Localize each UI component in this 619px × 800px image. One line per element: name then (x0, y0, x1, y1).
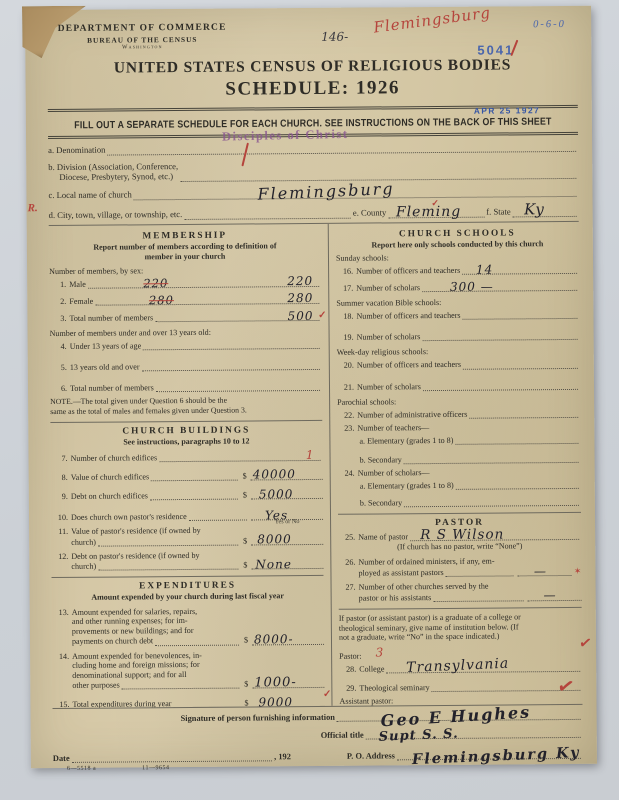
q12-leader (98, 561, 238, 571)
q5-blank (141, 361, 319, 371)
group-by-age: Number of members under and over 13 year… (50, 327, 322, 338)
q11-residence-value: 11. Value of pastor's residence (if owne… (51, 525, 323, 547)
q10-leader (189, 512, 247, 521)
q1-blank: 220 220 (88, 278, 319, 289)
official-title-value: Supt S. S. (378, 726, 458, 744)
group-weekday: Week-day religious schools: (337, 346, 580, 357)
q23a-blank (455, 435, 578, 445)
q8-value: 40000 (253, 469, 296, 483)
buildings-title: CHURCH BUILDINGS (50, 425, 322, 437)
right-column: CHURCH SCHOOLS Report here only schools … (328, 221, 583, 705)
date-blank (72, 752, 273, 763)
q10-blank: Yes Yes or No (251, 511, 323, 521)
form-code-2: 11—9654 (142, 765, 169, 771)
q8-leader (151, 471, 238, 481)
membership-title: MEMBERSHIP (49, 230, 321, 242)
row-city-county-state: d. City, town, village, or township, etc… (49, 207, 579, 221)
form-content: DEPARTMENT OF COMMERCE BUREAU OF THE CEN… (25, 6, 597, 768)
membership-note: NOTE.—The total given under Question 6 s… (50, 395, 322, 416)
banner-text: FILL OUT A SEPARATE SCHEDULE FOR EACH CH… (74, 116, 551, 131)
schedule-year: SCHEDULE: 1926 (48, 76, 578, 102)
q13-leader (155, 636, 239, 646)
q6-blank (156, 382, 320, 392)
q2-blank: 280 280 (95, 295, 319, 306)
q27-blank: — (528, 592, 582, 601)
washington-line: Washington (47, 44, 237, 53)
instruction-banner: FILL OUT A SEPARATE SCHEDULE FOR EACH CH… (48, 105, 578, 139)
q8-blank: 40000 (251, 471, 323, 481)
q13-value: 8000- (254, 633, 294, 647)
q8-value-edifices: 8. Value of church edifices $ 40000 (51, 471, 323, 482)
local-name-label: c. Local name of church (48, 190, 131, 201)
q2-value: 280 (287, 292, 313, 306)
q27-value: — (544, 590, 557, 604)
q9-value: 5000 (259, 488, 294, 502)
state-blank: Ky (513, 208, 577, 218)
row-division: b. Division (Association, Conference, Di… (48, 159, 578, 183)
q23a: a. Elementary (grades 1 to 8) (337, 435, 580, 446)
po-address-label: P. O. Address (347, 751, 395, 760)
q27-other-churches: 27. Number of other churches served by t… (339, 581, 582, 603)
identification-section: a. Denomination b. Division (Association… (48, 142, 579, 221)
form-title: UNITED STATES CENSUS OF RELIGIOUS BODIES (47, 56, 577, 78)
q24b: b. Secondary (338, 497, 581, 508)
county-checkmark-icon: ✓ (431, 198, 439, 208)
city-label: d. City, town, village, or township, etc… (49, 210, 183, 221)
q20-blank (463, 359, 578, 369)
q5-over-13: 5. 13 years old and over (50, 361, 322, 372)
official-title-blank: Supt S. S. (366, 728, 581, 739)
denomination-label: a. Denomination (48, 146, 105, 156)
q25-pastor-name: 25. Name of pastor R S Wilson (338, 531, 581, 542)
q4-blank (143, 340, 320, 350)
q1-value: 220 (287, 275, 313, 289)
date-address-row: Date , 192 P. O. Address Flemingsburg Ky (53, 749, 583, 762)
q15-checkmark-icon: ✓ (323, 689, 331, 700)
state-label: f. State (486, 207, 510, 217)
section-divider (339, 607, 582, 610)
city-blank (184, 209, 351, 219)
q7-edifices: 7. Number of church edifices 1 (51, 452, 323, 463)
q14-value: 1000- (254, 676, 297, 691)
group-by-sex: Number of members, by sex: (49, 265, 321, 276)
q21: 21. Number of scholars (337, 380, 580, 391)
section-divider (338, 512, 581, 515)
q27-leader (433, 592, 523, 602)
q7-blank: 1 (159, 452, 321, 462)
q17: 17. Number of scholars 300 — (336, 282, 579, 293)
q24: 24. Number of scholars— (338, 467, 581, 478)
q16-blank: 14 (462, 265, 577, 275)
q6-total-members: 6. Total number of members (50, 382, 322, 393)
q21-blank (423, 380, 578, 390)
q2-struck-value: 280 (149, 294, 174, 307)
q13-blank: 8000- (252, 635, 324, 645)
signature-section: Signature of person furnishing informati… (53, 703, 583, 771)
q24a: a. Elementary (grades 1 to 8) (338, 480, 581, 491)
q1-struck-value: 220 (143, 277, 168, 290)
q26-value: — (534, 565, 547, 579)
q23: 23. Number of teachers— (337, 422, 580, 433)
q13-running-expenses: 13. Amount expended for salaries, repair… (52, 606, 324, 647)
q10-own-residence: 10. Does church own pastor's residence Y… (51, 511, 323, 522)
county-blank: Fleming ✓ (388, 208, 484, 218)
official-title-label: Official title (321, 730, 364, 739)
q19: 19. Number of scholars (337, 331, 580, 342)
section-divider (50, 420, 322, 423)
left-column: MEMBERSHIP Report number of members acco… (49, 223, 332, 707)
q11-leader (98, 536, 238, 546)
q7-value: 1 (306, 449, 315, 463)
q17-value: 300 — (450, 280, 494, 294)
local-name-blank: Flemingsburg (134, 188, 577, 200)
expenditures-title: EXPENDITURES (52, 580, 324, 592)
q1-male: 1. Male 220 220 (49, 278, 321, 289)
pastor-red-number: 3 (376, 647, 384, 660)
q26-red-mark-icon: ✶ (574, 566, 582, 576)
q11-value: 8000 (257, 533, 292, 547)
row-local-name: c. Local name of church Flemingsburg (48, 187, 578, 201)
q12-value: None (255, 558, 292, 572)
signature-label: Signature of person furnishing informati… (181, 712, 335, 722)
state-value: Ky (524, 202, 545, 219)
q23b: b. Secondary (338, 454, 581, 465)
q12-residence-debt: 12. Debt on pastor's residence (if owned… (51, 550, 323, 572)
signature-blank: Geo E Hughes (337, 710, 581, 721)
q11-blank: 8000 (251, 536, 323, 546)
group-parochial: Parochial schools: (337, 395, 580, 406)
q28-value: Transylvania (405, 657, 509, 677)
po-address-blank: Flemingsburg Ky (397, 749, 581, 759)
schools-subtitle: Report here only schools conducted by th… (336, 238, 579, 250)
denomination-blank (107, 143, 576, 156)
q9-blank: 5000 (251, 490, 323, 500)
q2-female: 2. Female 280 280 (49, 295, 321, 306)
signature-row: Signature of person furnishing informati… (53, 710, 583, 723)
row-denomination: a. Denomination (48, 142, 578, 156)
q4-under-13: 4. Under 13 years of age (50, 340, 322, 351)
po-address-box: P. O. Address Flemingsburg Ky (347, 749, 583, 760)
q16-value: 14 (476, 263, 493, 277)
group-summer: Summer vacation Bible schools: (336, 297, 579, 308)
q22-blank (469, 409, 578, 419)
q22: 22. Number of administrative officers (337, 408, 580, 419)
q12-blank: None (251, 560, 323, 570)
q14-leader (122, 680, 240, 690)
q18: 18. Number of officers and teachers (336, 310, 579, 321)
q3-total-members: 3. Total number of members 500 ✓ (49, 312, 321, 323)
county-value: Fleming (396, 203, 461, 220)
q29-seminary: 29. Theological seminary (339, 682, 582, 693)
q19-blank (422, 331, 577, 341)
date-label: Date (53, 754, 70, 763)
agency-block: DEPARTMENT OF COMMERCE BUREAU OF THE CEN… (47, 23, 237, 53)
q3-value: 500 (287, 310, 313, 324)
form-columns: MEMBERSHIP Report number of members acco… (49, 220, 583, 707)
official-title-row: Official title Supt S. S. (53, 728, 583, 741)
q16: 16. Number of officers and teachers 14 (336, 265, 579, 276)
q9-leader (150, 491, 238, 501)
q25-value: R S Wilson (420, 527, 504, 543)
division-label: b. Division (Association, Conference, Di… (48, 162, 178, 183)
q23b-blank (404, 454, 579, 464)
q28-blank: Transylvania (386, 663, 580, 674)
q14-blank: 1000- (252, 679, 324, 689)
graduate-instructions: If pastor (or assistant pastor) is a gra… (339, 612, 582, 643)
q3-checkmark-icon: ✓ (318, 310, 326, 321)
q9-debt-edifices: 9. Debt on church edifices $ 5000 (51, 490, 323, 501)
local-name-value: Flemingsburg (257, 180, 395, 204)
department-line: DEPARTMENT OF COMMERCE (47, 23, 237, 36)
date-box: Date , 192 (53, 752, 291, 763)
q3-blank: 500 ✓ (155, 312, 319, 322)
q24a-blank (456, 480, 579, 490)
q20: 20. Number of officers and teachers (337, 359, 580, 370)
membership-subtitle2: member in your church (49, 251, 321, 263)
q26-leader (446, 568, 514, 578)
census-schedule-sheet: DEPARTMENT OF COMMERCE BUREAU OF THE CEN… (25, 6, 597, 768)
q24b-blank (404, 497, 579, 507)
section-divider (51, 575, 323, 578)
q26-assistant-pastors: 26. Number of ordained ministers, if any… (338, 556, 581, 579)
q17-blank: 300 — (422, 282, 577, 292)
schools-title: CHURCH SCHOOLS (336, 227, 579, 239)
expenditures-subtitle: Amount expended by your church during la… (52, 591, 324, 603)
q10-hint: Yes or No (251, 519, 323, 527)
date-year-prefix: , 192 (274, 752, 291, 761)
county-label: e. County (353, 208, 386, 218)
buildings-subtitle: See instructions, paragraphs 10 to 12 (50, 436, 322, 448)
form-code-1: 6—5518 a (67, 765, 96, 771)
group-sunday: Sunday schools: (336, 252, 579, 263)
q28-college: 28. College Transylvania (339, 662, 582, 673)
q25-blank: R S Wilson (410, 531, 579, 541)
q26-blank: — (518, 567, 572, 576)
q14-benevolences: 14. Amount expended for benevolences, in… (52, 649, 324, 690)
q29-blank (432, 682, 581, 692)
q18-blank (463, 310, 578, 320)
